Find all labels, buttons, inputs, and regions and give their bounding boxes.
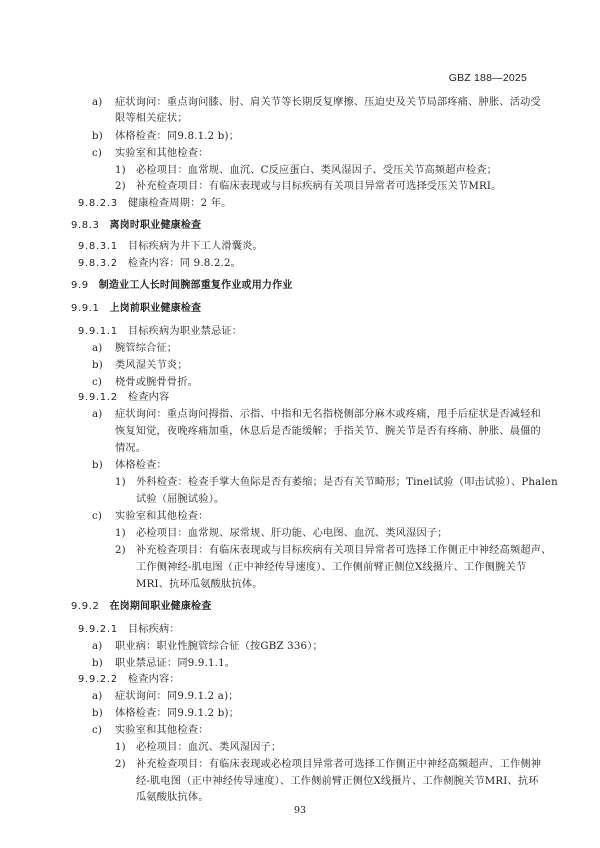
sublist-item-text: 补充检查项目：有临床表现或与目标疾病有关项目异常者可选择工作侧正中神经高频超声、 bbox=[136, 544, 552, 558]
list-item-label: a) bbox=[92, 96, 102, 110]
sublist-item-text: 瓜氨酸肽抗体。 bbox=[136, 791, 209, 805]
list-item-text: 情况。 bbox=[115, 442, 146, 456]
sublist-item-text: 必检项目：血沉、类风湿因子； bbox=[136, 741, 281, 755]
list-item-label: c) bbox=[92, 147, 102, 161]
clause-number: 9.9.1.2 bbox=[78, 391, 118, 405]
clause-number: 9.8.3.1 bbox=[78, 240, 118, 254]
list-item-text: 腕管综合征； bbox=[115, 342, 177, 356]
sublist-item-label: 1) bbox=[115, 476, 126, 490]
clause-9-9-1-2: 9.9.1.2检查内容 bbox=[78, 391, 169, 405]
list-item-text: 体格检查：同9.8.1.2 b)； bbox=[115, 130, 239, 144]
section-heading-9-9: 9.9制造业工人长时间腕部重复作业或用力作业 bbox=[71, 279, 293, 293]
sublist-item-label: 2) bbox=[115, 180, 126, 194]
sublist-item-label: 1) bbox=[115, 527, 126, 541]
list-item-text: 职业病：职业性腕管综合征（按GBZ 336）； bbox=[115, 640, 323, 654]
list-item-text: 限等相关症状； bbox=[115, 112, 188, 126]
list-item-label: a) bbox=[92, 342, 102, 356]
clause-9-8-2-3: 9.8.2.3健康检查周期：2 年。 bbox=[78, 197, 231, 211]
clause-text: 检查内容：同 9.8.2.2。 bbox=[128, 258, 241, 269]
page-number: 93 bbox=[0, 805, 600, 816]
section-heading-9-9-1: 9.9.1上岗前职业健康检查 bbox=[71, 302, 201, 316]
list-item-label: b) bbox=[92, 459, 103, 473]
document-page: GBZ 188—2025 a) 症状询问：重点询问膝、肘、肩关节等长期反复摩擦、… bbox=[0, 0, 600, 848]
clause-text: 检查内容 bbox=[128, 392, 170, 403]
clause-number: 9.9.2.1 bbox=[78, 623, 118, 637]
clause-text: 目标疾病为职业禁忌证： bbox=[128, 326, 242, 337]
heading-text: 在岗期间职业健康检查 bbox=[109, 601, 211, 612]
list-item-label: c) bbox=[92, 510, 102, 524]
list-item-text: 职业禁忌证：同9.9.1.1。 bbox=[115, 657, 235, 671]
list-item-label: a) bbox=[92, 690, 102, 704]
sublist-item-text: 外科检查：检查手掌大鱼际是否有萎缩；是否有关节畸形；Tinel试验（叩击试验）、… bbox=[136, 476, 558, 490]
list-item-label: c) bbox=[92, 724, 102, 738]
list-item-label: c) bbox=[92, 376, 102, 390]
list-item-text: 类风湿关节炎； bbox=[115, 359, 188, 373]
clause-number: 9.9.1.1 bbox=[78, 325, 118, 339]
list-item-text: 实验室和其他检查： bbox=[115, 724, 209, 738]
heading-text: 制造业工人长时间腕部重复作业或用力作业 bbox=[99, 280, 293, 291]
clause-text: 目标疾病： bbox=[128, 624, 180, 635]
heading-text: 离岗时职业健康检查 bbox=[109, 220, 201, 231]
section-heading-9-8-3: 9.8.3离岗时职业健康检查 bbox=[71, 219, 201, 233]
heading-number: 9.9.2 bbox=[71, 600, 99, 614]
list-item-text: 桡骨或腕骨骨折。 bbox=[115, 376, 198, 390]
sublist-item-text: 补充检查项目：有临床表现或必检项目异常者可选择工作侧正中神经高频超声、工作侧神 bbox=[136, 758, 541, 772]
list-item-label: a) bbox=[92, 640, 102, 654]
sublist-item-text: 经-肌电图（正中神经传导速度）、工作侧前臂正侧位X线摄片、工作侧腕关节MRI、抗… bbox=[136, 775, 539, 789]
sublist-item-label: 1) bbox=[115, 164, 126, 178]
list-item-label: a) bbox=[92, 408, 102, 422]
clause-9-8-3-1: 9.8.3.1目标疾病为井下工人滑囊炎。 bbox=[78, 240, 263, 254]
sublist-item-text: 试验（屈腕试验）。 bbox=[136, 493, 224, 507]
list-item-text: 症状询问：重点询问膝、肘、肩关节等长期反复摩擦、压迫史及关节局部疼痛、肿胀、活动… bbox=[115, 96, 541, 110]
clause-9-9-2-1: 9.9.2.1目标疾病： bbox=[78, 623, 180, 637]
clause-9-8-3-2: 9.8.3.2检查内容：同 9.8.2.2。 bbox=[78, 257, 241, 271]
sublist-item-text: 必检项目：血常规、血沉、C反应蛋白、类风湿因子、受压关节高频超声检查； bbox=[136, 164, 497, 178]
clause-number: 9.8.3.2 bbox=[78, 257, 118, 271]
heading-number: 9.8.3 bbox=[71, 219, 99, 233]
clause-9-9-2-2: 9.9.2.2检查内容： bbox=[78, 673, 180, 687]
sublist-item-label: 1) bbox=[115, 741, 126, 755]
list-item-label: b) bbox=[92, 359, 103, 373]
list-item-label: b) bbox=[92, 130, 103, 144]
sublist-item-text: 必检项目：血常规、尿常规、肝功能、心电图、血沉、类风湿因子； bbox=[136, 527, 448, 541]
heading-text: 上岗前职业健康检查 bbox=[109, 303, 201, 314]
heading-number: 9.9.1 bbox=[71, 302, 99, 316]
clause-9-9-1-1: 9.9.1.1目标疾病为职业禁忌证： bbox=[78, 325, 242, 339]
sublist-item-label: 2) bbox=[115, 758, 126, 772]
clause-text: 检查内容： bbox=[128, 674, 180, 685]
clause-text: 健康检查周期：2 年。 bbox=[128, 198, 232, 209]
list-item-text: 实验室和其他检查： bbox=[115, 147, 209, 161]
list-item-label: b) bbox=[92, 657, 103, 671]
clause-text: 目标疾病为井下工人滑囊炎。 bbox=[128, 241, 263, 252]
list-item-text: 实验室和其他检查： bbox=[115, 510, 209, 524]
document-id-header: GBZ 188—2025 bbox=[449, 71, 527, 85]
list-item-text: 体格检查： bbox=[115, 459, 167, 473]
section-heading-9-9-2: 9.9.2在岗期间职业健康检查 bbox=[71, 600, 211, 614]
list-item-text: 症状询问：重点询问拇指、示指、中指和无名指桡侧部分麻木或疼痛，甩手后症状是否减轻… bbox=[115, 408, 541, 422]
clause-number: 9.8.2.3 bbox=[78, 197, 118, 211]
list-item-text: 体格检查：同9.9.1.2 b)； bbox=[115, 707, 239, 721]
sublist-item-text: 工作侧神经-肌电图（正中神经传导速度）、工作侧前臂正侧位X线摄片、工作侧腕关节 bbox=[136, 561, 526, 575]
list-item-label: b) bbox=[92, 707, 103, 721]
clause-number: 9.9.2.2 bbox=[78, 673, 118, 687]
sublist-item-label: 2) bbox=[115, 544, 126, 558]
list-item-text: 恢复知觉，夜晚疼痛加重，休息后是否能缓解；手指关节、腕关节是否有疼痛、肿胀、晨僵… bbox=[115, 425, 541, 439]
sublist-item-text: 补充检查项目：有临床表现或与目标疾病有关项目异常者可选择受压关节MRI。 bbox=[136, 180, 502, 194]
heading-number: 9.9 bbox=[71, 279, 89, 293]
sublist-item-text: MRI、抗环瓜氨酸肽抗体。 bbox=[136, 578, 263, 592]
list-item-text: 症状询问：同9.9.1.2 a)； bbox=[115, 690, 239, 704]
